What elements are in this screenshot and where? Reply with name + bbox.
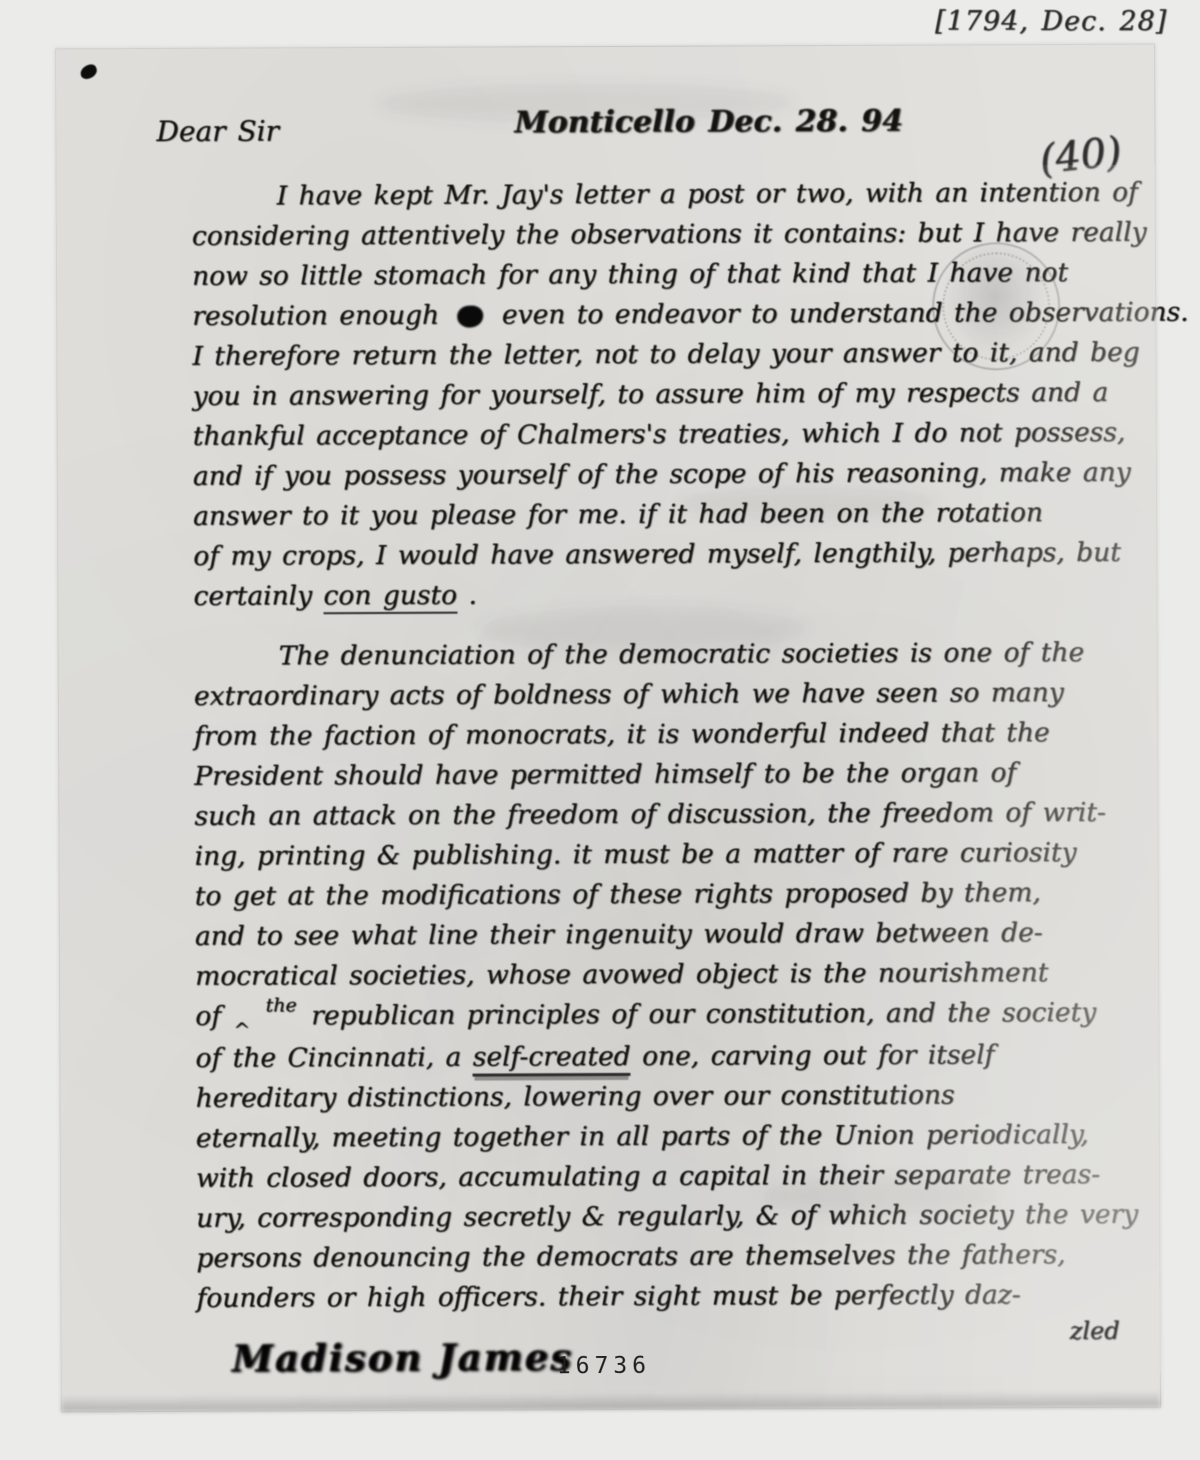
letter-line: ury, corresponding secretly & regularly,…	[196, 1195, 1154, 1239]
letter-line: you in answering for yourself, to assure…	[192, 373, 1150, 417]
letter-sheet: (40) Dear Sir Monticello Dec. 28. 94 I h…	[55, 44, 1161, 1413]
letter-line: of the Cincinnati, a self-created one, c…	[195, 1035, 1153, 1079]
catchword: zled	[1070, 1317, 1120, 1345]
letter-line: from the faction of monocrats, it is won…	[194, 713, 1152, 757]
salutation: Dear Sir	[156, 114, 279, 148]
letter-paragraph: The denunciation of the democratic socie…	[194, 633, 1155, 1319]
letter-paragraph: I have kept Mr. Jay's letter a post or t…	[192, 173, 1152, 617]
letter-scan: [1794, Dec. 28] (40) Dear Sir Monticello…	[0, 0, 1200, 1460]
margin-date-annotation: [1794, Dec. 28]	[935, 6, 1167, 37]
ink-blot-mark	[457, 306, 483, 328]
letter-line: extraordinary acts of boldness of which …	[194, 673, 1152, 717]
letter-body: I have kept Mr. Jay's letter a post or t…	[192, 173, 1155, 1339]
letter-line: of ^ the republican principles of our co…	[195, 993, 1153, 1039]
letter-text-segment: con gusto	[323, 580, 457, 615]
letter-line: and to see what line their ingenuity wou…	[195, 913, 1153, 957]
endorsement-signature: Madison James	[232, 1335, 573, 1380]
letter-line: considering attentively the observations…	[192, 213, 1150, 257]
archive-number-stamp: 16736	[557, 1353, 651, 1379]
letter-text-segment: ^	[233, 1018, 250, 1042]
letter-line: such an attack on the freedom of discuss…	[194, 793, 1152, 837]
letter-text-segment: self-created	[473, 1041, 631, 1077]
letter-line: The denunciation of the democratic socie…	[194, 633, 1152, 677]
dateline: Monticello Dec. 28. 94	[514, 104, 903, 141]
letter-line: persons denouncing the democrats are the…	[196, 1235, 1154, 1279]
letter-line: eternally, meeting together in all parts…	[196, 1115, 1154, 1159]
letter-line: I therefore return the letter, not to de…	[192, 333, 1150, 377]
letter-line: certainly con gusto .	[193, 573, 1151, 617]
letter-line: and if you possess yourself of the scope…	[193, 453, 1151, 497]
letter-line: ing, printing & publishing. it must be a…	[194, 833, 1152, 877]
letter-line: resolution enough even to endeavor to un…	[192, 293, 1150, 337]
letter-line: I have kept Mr. Jay's letter a post or t…	[192, 173, 1150, 217]
letter-line: to get at the modifications of these rig…	[195, 873, 1153, 917]
letter-line: President should have permitted himself …	[194, 753, 1152, 797]
letter-line: now so little stomach for any thing of t…	[192, 253, 1150, 297]
letter-line: of my crops, I would have answered mysel…	[193, 533, 1151, 577]
letter-line: mocratical societies, whose avowed objec…	[195, 953, 1153, 997]
letter-line: answer to it you please for me. if it ha…	[193, 493, 1151, 537]
letter-line: thankful acceptance of Chalmers's treati…	[193, 413, 1151, 457]
letter-line: hereditary distinctions, lowering over o…	[196, 1075, 1154, 1119]
letter-text-segment: the	[266, 994, 297, 1016]
letter-line: with closed doors, accumulating a capita…	[196, 1155, 1154, 1199]
ink-blot-mark	[78, 63, 99, 81]
letter-line: founders or high officers. their sight m…	[196, 1275, 1154, 1319]
